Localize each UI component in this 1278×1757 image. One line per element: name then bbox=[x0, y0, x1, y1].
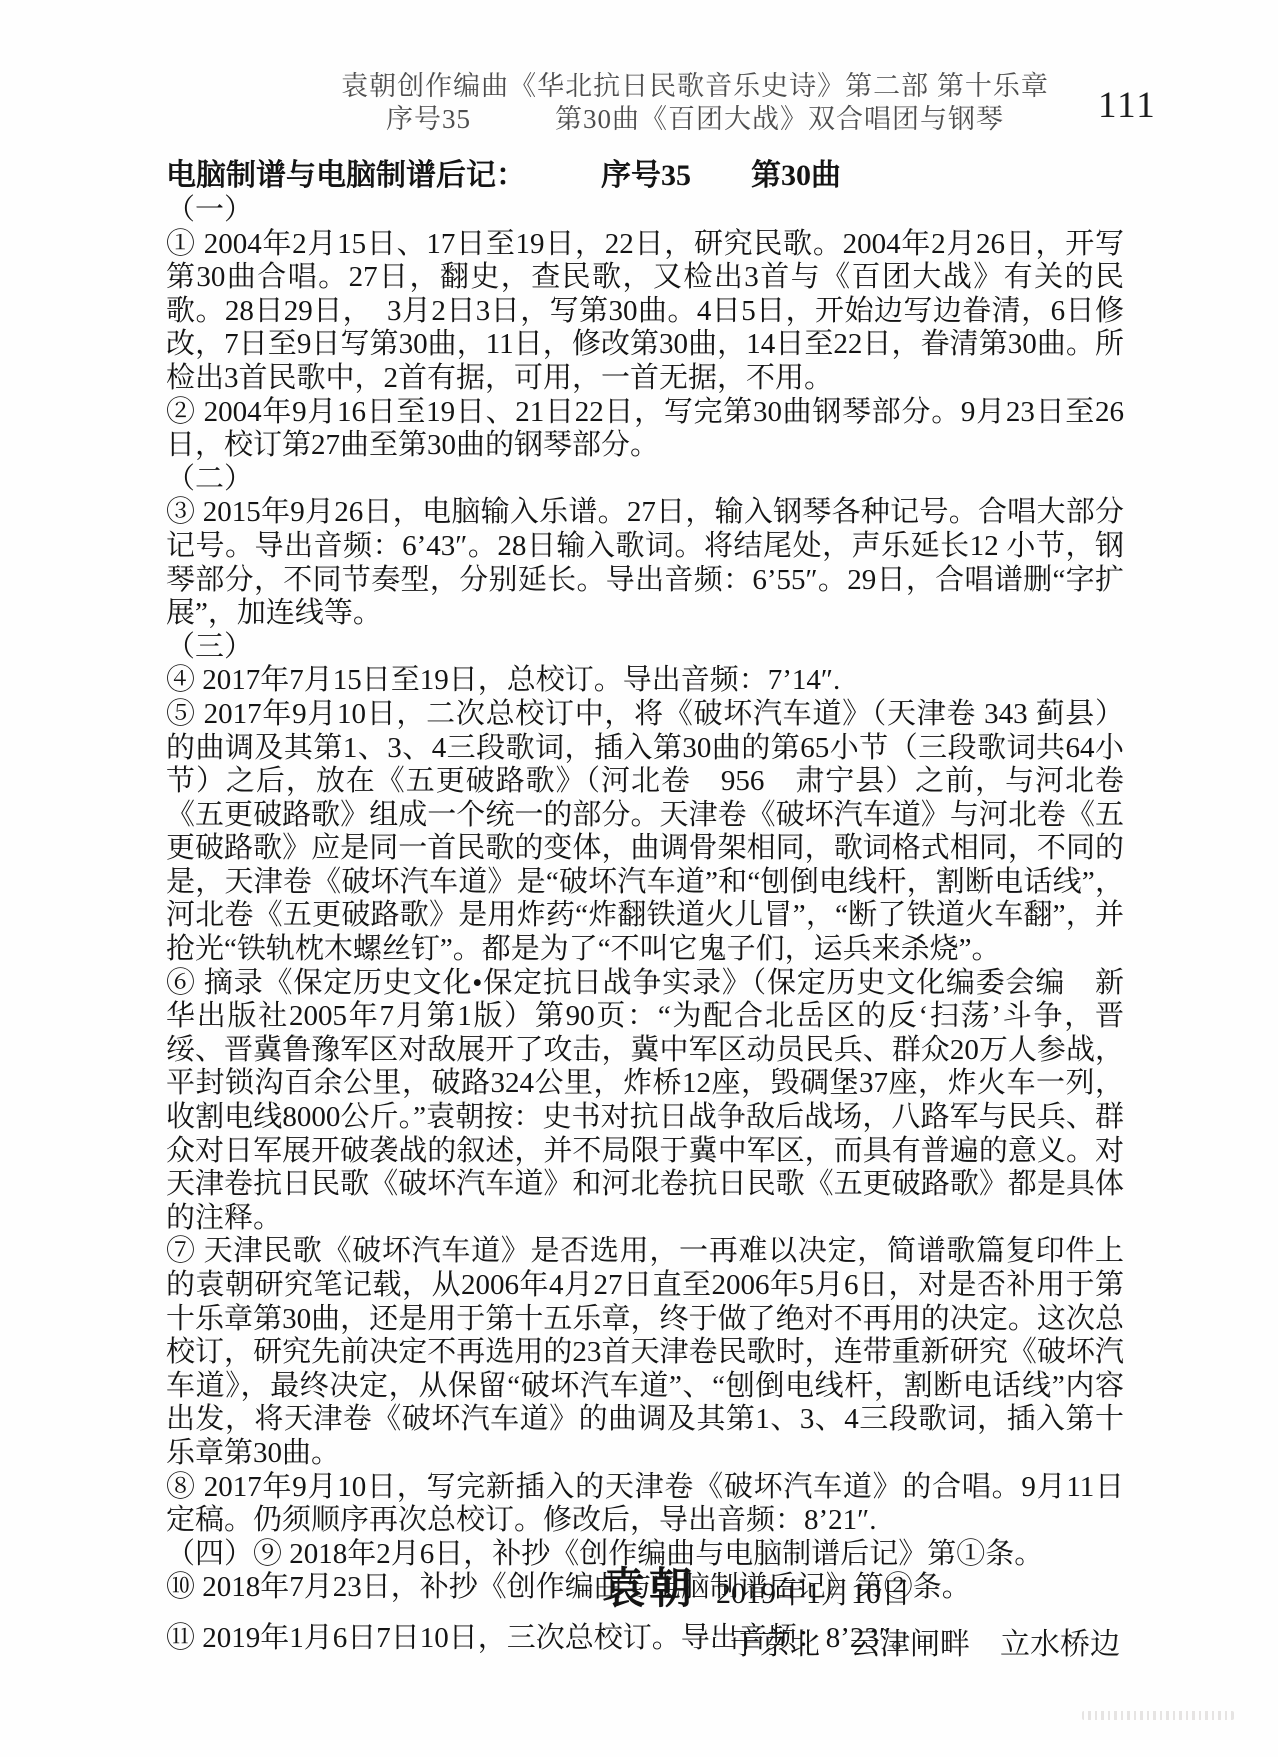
body-text: 电脑制谱与电脑制谱后记： 序号35 第30曲 （一） ① 2004年2月15日、… bbox=[166, 158, 1124, 1656]
section-marker-2: （二） bbox=[166, 463, 1124, 497]
doc-title: 电脑制谱与电脑制谱后记： 序号35 第30曲 bbox=[166, 158, 1124, 194]
paragraph-2: ② 2004年9月16日至19日、21日22日，写完第30曲钢琴部分。9月23日… bbox=[166, 396, 1124, 463]
running-head-line2: 序号35 第30曲《百团大战》双合唱团与钢琴 bbox=[300, 103, 1090, 136]
scan-watermark bbox=[1082, 1711, 1234, 1720]
running-head-line1: 袁朝创作编曲《华北抗日民歌音乐史诗》第二部 第十乐章 bbox=[300, 70, 1090, 103]
author-name: 袁朝 bbox=[602, 1572, 696, 1608]
paragraph-5: ⑤ 2017年9月10日，二次总校订中，将《破坏汽车道》（天津卷 343 蓟县）… bbox=[166, 698, 1124, 967]
paragraph-1: ① 2004年2月15日、17日至19日，22日，研究民歌。2004年2月26日… bbox=[166, 228, 1124, 396]
running-head: 袁朝创作编曲《华北抗日民歌音乐史诗》第二部 第十乐章 序号35 第30曲《百团大… bbox=[300, 70, 1090, 136]
section-marker-3: （三） bbox=[166, 631, 1124, 665]
signature-line: 袁朝 2019年1月10日 bbox=[602, 1572, 1120, 1612]
signature-date: 2019年1月10日 bbox=[716, 1576, 911, 1612]
paragraph-6: ⑥ 摘录《保定历史文化•保定抗日战争实录》（保定历史文化编委会编 新华出版社20… bbox=[166, 967, 1124, 1236]
signature-block: 袁朝 2019年1月10日 于京北 云津闸畔 立水桥边 bbox=[602, 1572, 1120, 1663]
paragraph-7: ⑦ 天津民歌《破坏汽车道》是否选用，一再难以决定，简谱歌篇复印件上的袁朝研究笔记… bbox=[166, 1235, 1124, 1470]
paragraph-3: ③ 2015年9月26日，电脑输入乐谱。27日，输入钢琴各种记号。合唱大部分记号… bbox=[166, 496, 1124, 630]
page-number: 111 bbox=[1098, 84, 1157, 127]
signature-place: 于京北 云津闸畔 立水桥边 bbox=[730, 1627, 1120, 1663]
document-page: 袁朝创作编曲《华北抗日民歌音乐史诗》第二部 第十乐章 序号35 第30曲《百团大… bbox=[0, 0, 1278, 1757]
section-marker-1: （一） bbox=[166, 194, 1124, 228]
paragraph-8: ⑧ 2017年9月10日，写完新插入的天津卷《破坏汽车道》的合唱。9月11日定稿… bbox=[166, 1471, 1124, 1538]
paragraph-4: ④ 2017年7月15日至19日，总校订。导出音频：7’14″. bbox=[166, 664, 1124, 698]
